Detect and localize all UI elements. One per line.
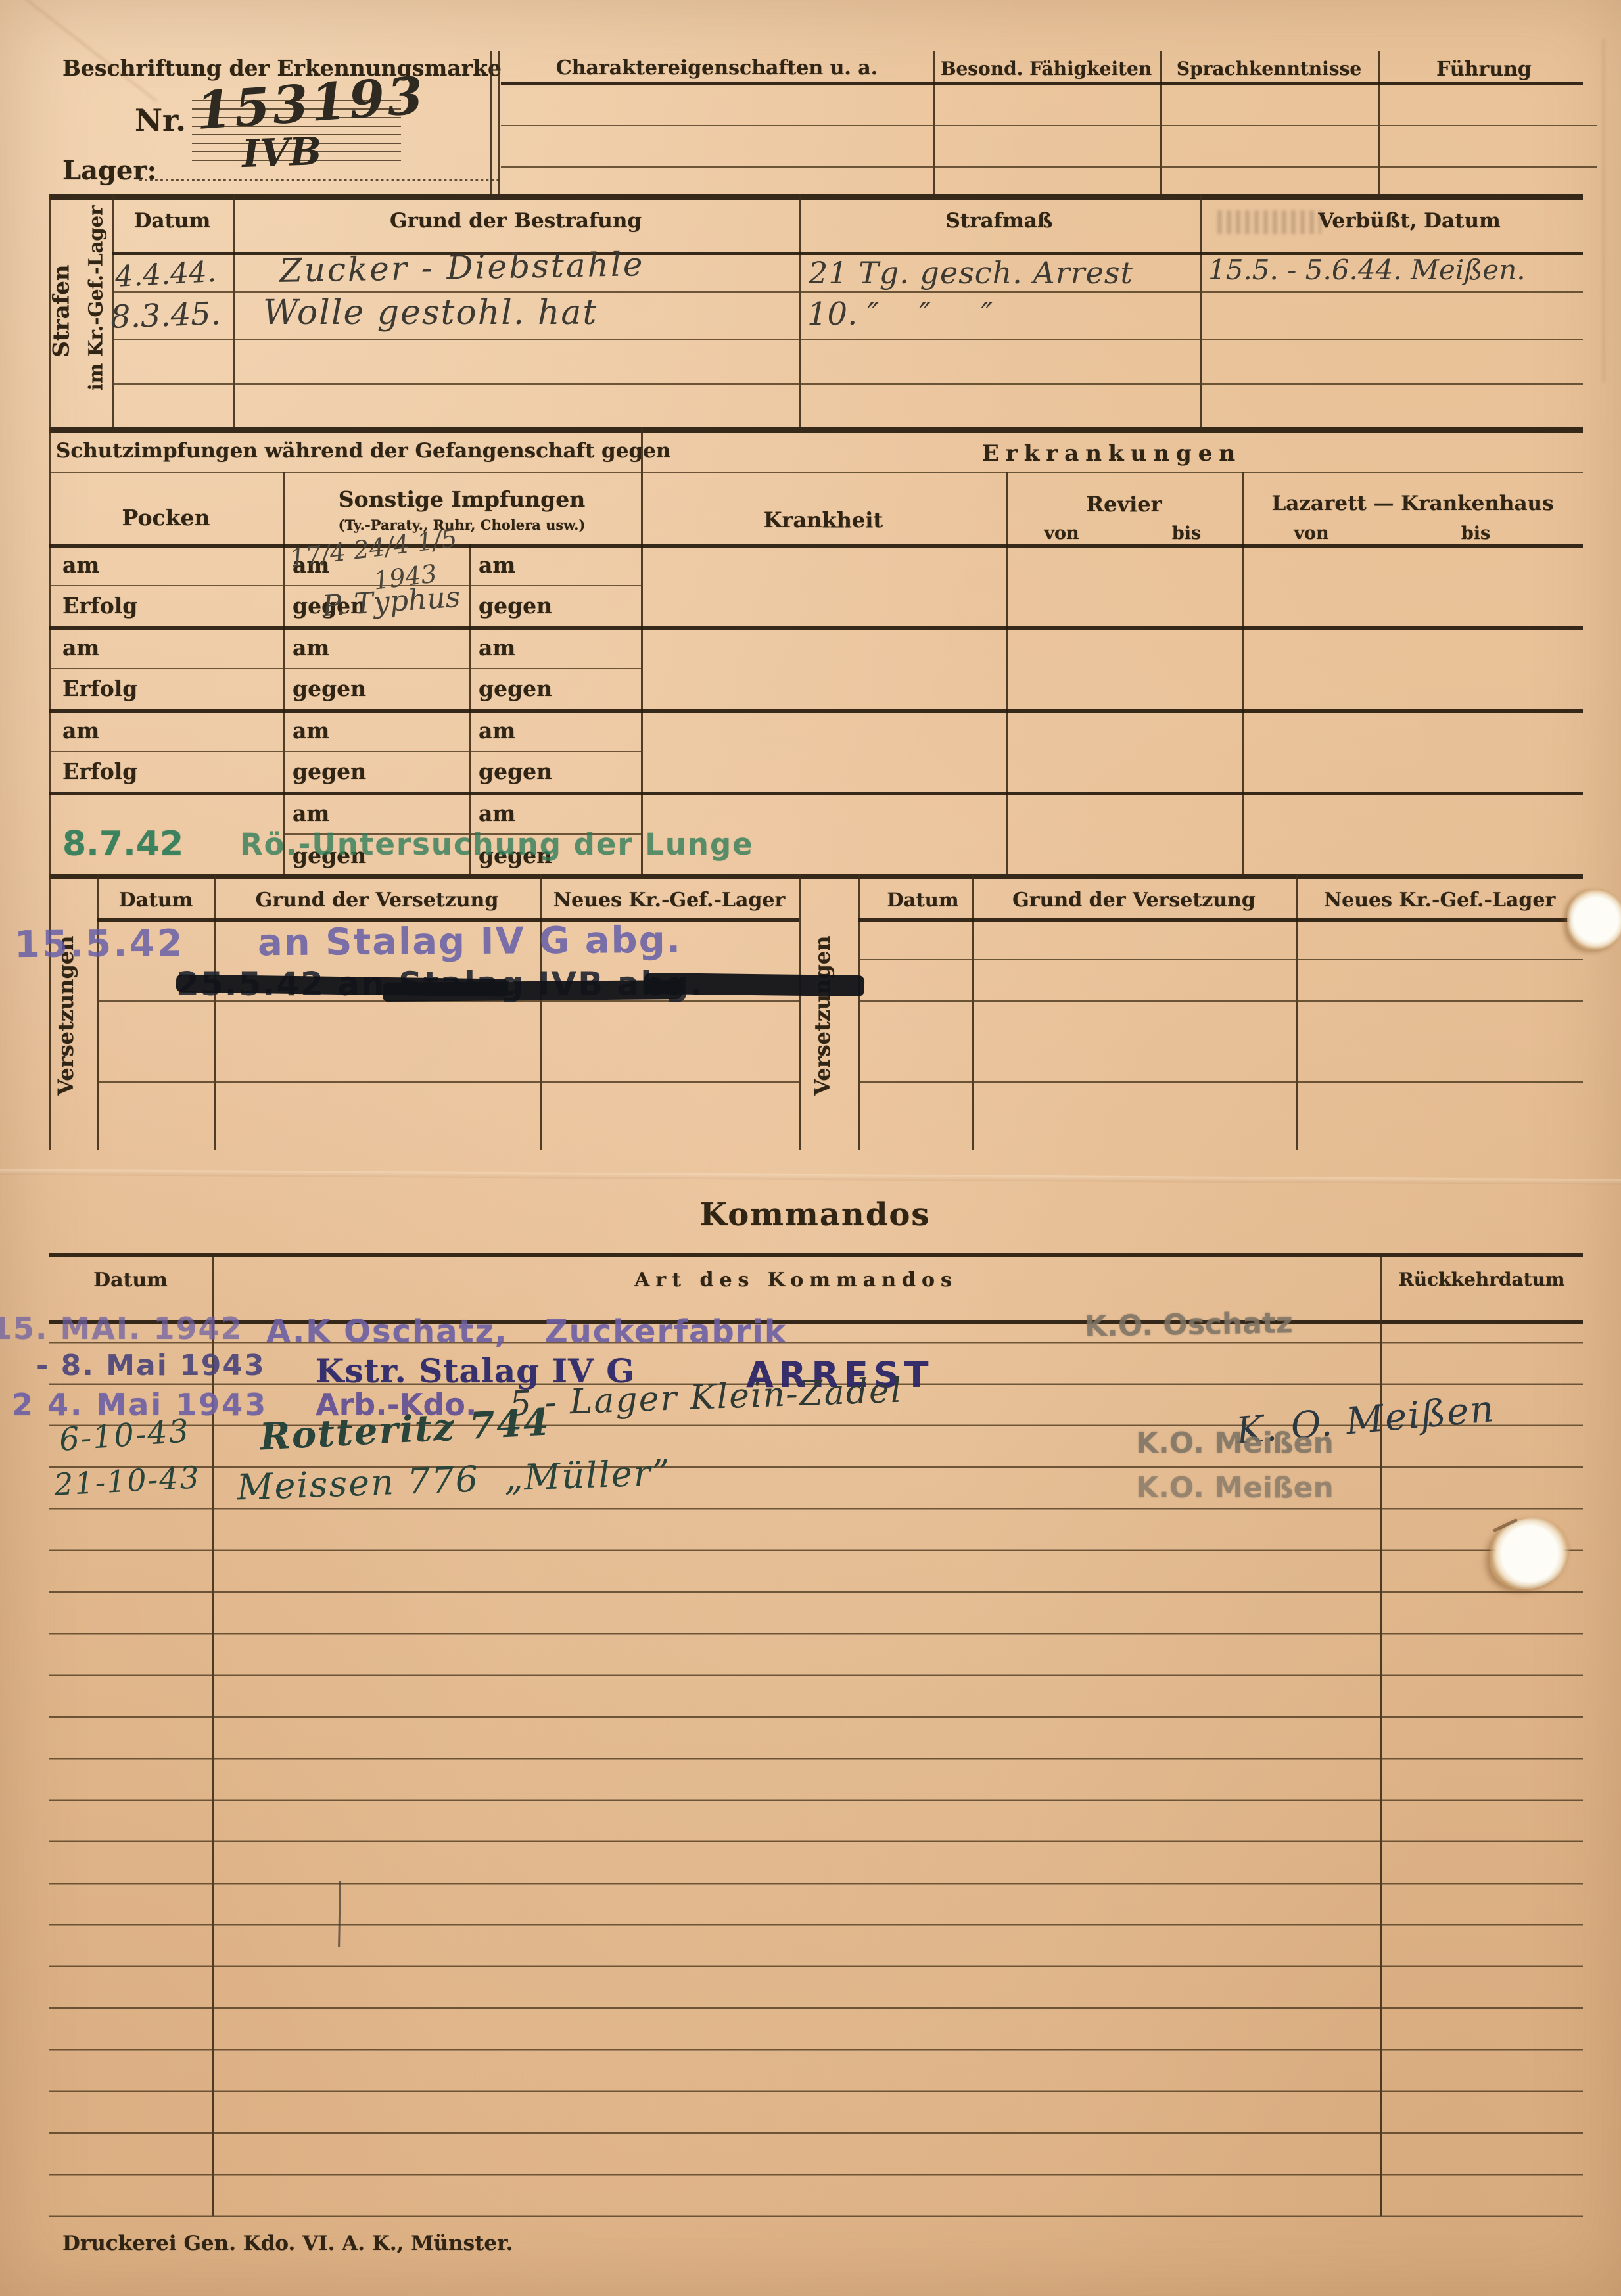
erkrankungen-title: Erkrankungen [641, 440, 1583, 467]
top-col-faehigkeiten: Besond. Fähigkeiten [936, 58, 1156, 80]
impf-label-am: am [479, 635, 515, 661]
impf-hand-gegen-entry: P. Typhus [321, 580, 461, 624]
kommando-row1-art-stamp: A.K Oschatz, Zuckerfabrik [266, 1313, 787, 1350]
impfungen-col-pocken: Pocken [49, 505, 283, 530]
versetzungen-right-col-grund: Grund der Versetzung [972, 889, 1296, 912]
impf-label-am: am [293, 718, 329, 743]
impf-label-gegen: gegen [479, 593, 552, 619]
grid-line [858, 1000, 1583, 1002]
grid-line [49, 1253, 1583, 1257]
impf-label-gegen: gegen [293, 676, 366, 701]
versetzungen-left-col-neues: Neues Kr.-Gef.-Lager [540, 889, 799, 912]
grid-line [498, 51, 500, 194]
grid-line [1006, 472, 1008, 874]
strafen-col-strafmass: Strafmaß [799, 209, 1200, 233]
strafen-side-label-line1: Strafen [49, 264, 75, 357]
impf-label-am: am [479, 718, 515, 743]
impf-label-am: am [62, 635, 99, 661]
hole-punch [1567, 889, 1621, 950]
grid-line [49, 585, 641, 586]
grid-line [49, 427, 1583, 433]
grid-line [858, 1081, 1583, 1083]
kommandos-col-datum: Datum [49, 1269, 212, 1292]
printer-footer: Druckerei Gen. Kdo. VI. A. K., Münster. [62, 2232, 513, 2255]
grid-line [49, 874, 51, 1150]
erkrankungen-revier-bis: bis [1140, 523, 1233, 544]
versetzungen-left-col-datum: Datum [97, 889, 214, 912]
strafen-row2-datum: 8.3.45. [110, 295, 222, 336]
grid-line [858, 874, 860, 1150]
nr-label: Nr. [135, 103, 186, 138]
impf-label-gegen: gegen [479, 676, 552, 701]
grid-line [933, 51, 935, 194]
erkrankungen-col-lazarett: Lazarett — Krankenhaus [1242, 492, 1583, 515]
grid-line [49, 709, 1583, 713]
grid-line [214, 874, 216, 1150]
grid-line [49, 544, 1583, 548]
strafen-side-label: Strafen im Kr.-Gef.-Lager [50, 195, 109, 428]
strafen-row2-grund: Wolle gestohl. hat [263, 293, 598, 333]
paper-crease [1, 0, 157, 102]
grid-line [112, 339, 1583, 340]
paper-crease [1603, 39, 1605, 381]
xray-stamp-text: Rö.-Untersuchung der Lunge [240, 827, 754, 862]
grid-line [49, 751, 641, 752]
erkrankungen-col-revier: Revier [1006, 492, 1242, 517]
top-col-charakter: Charaktereigenschaften u. a. [507, 57, 926, 80]
impf-label-am: am [293, 801, 329, 826]
grid-line [1160, 51, 1162, 194]
erkrankungen-lazarett-von: von [1265, 523, 1357, 544]
versetzungen-right-col-datum: Datum [874, 889, 972, 911]
kommandos-title: Kommandos [664, 1196, 966, 1233]
grid-line [490, 51, 492, 194]
grid-line [501, 82, 1583, 85]
kommando-row4-ko-stamp: K.O. Meißen [1136, 1426, 1334, 1460]
grid-line [1296, 874, 1298, 1150]
erkrankungen-lazarett-bis: bis [1430, 523, 1522, 544]
grid-line [641, 427, 643, 874]
grid-line [1200, 194, 1202, 427]
xray-stamp-date: 8.7.42 [62, 824, 183, 864]
kommandos-col-rueckkehrdatum: Rückkehrdatum [1380, 1269, 1583, 1290]
strike-through-mark [383, 980, 682, 1002]
impf-label-am: am [62, 552, 99, 578]
kommando-row2-datum-stamp: - 8. Mai 1943 [36, 1349, 266, 1382]
grid-line [112, 291, 1583, 293]
versetzung-stamp-date: 15.5.42 [14, 922, 185, 966]
versetzungen-left-col-grund: Grund der Versetzung [214, 889, 540, 912]
impf-label-erfolg: Erfolg [62, 593, 137, 619]
erkrankungen-revier-von: von [1016, 523, 1108, 544]
grid-line [97, 1081, 799, 1083]
erkrankungen-col-krankheit: Krankheit [641, 507, 1006, 532]
impf-label-erfolg: Erfolg [62, 759, 137, 784]
lager-value-handwritten: IVB [241, 129, 322, 176]
grid-line [501, 166, 1597, 168]
grid-line [49, 472, 1583, 473]
strafen-col-grund: Grund der Bestrafung [233, 209, 799, 233]
strafen-row1-verbuesst: 15.5. - 5.6.44. Meißen. [1208, 254, 1526, 286]
grid-line [1242, 472, 1244, 874]
impf-label-erfolg: Erfolg [62, 676, 137, 701]
grid-line [49, 668, 641, 669]
pow-record-card: Beschriftung der Erkennungsmarke Nr. 153… [0, 0, 1621, 2296]
strike-through-mark [644, 973, 864, 996]
grid-line [1378, 51, 1380, 194]
impf-label-am: am [293, 635, 329, 661]
impfungen-col-sonstige-sub: (Ty.-Paraty., Ruhr, Cholera usw.) [283, 517, 641, 533]
impf-label-gegen: gegen [479, 759, 552, 784]
top-col-fuehrung: Führung [1385, 58, 1583, 81]
kommando-row1-ko-stamp: K.O. Oschatz [1085, 1306, 1293, 1344]
grid-line [49, 194, 1583, 200]
strafen-row1-strafmass: 21 Tg. gesch. Arrest [809, 255, 1133, 291]
grid-line [97, 874, 99, 1150]
grid-line [112, 383, 1583, 385]
grid-line [972, 874, 974, 1150]
paper-crease [0, 1169, 1621, 1184]
kommandos-col-art: Art des Kommandos [212, 1269, 1380, 1292]
strafen-side-label-line2: im Kr.-Gef.-Lager [84, 206, 106, 391]
impfungen-col-sonstige: Sonstige Impfungen [283, 486, 641, 512]
grid-line [540, 874, 542, 1150]
kommando-row1-datum-stamp: 15. MAI. 1942 [0, 1311, 243, 1346]
strafen-col-datum: Datum [112, 209, 233, 233]
versetzungen-side-label-right: Versetzungen [810, 910, 849, 1121]
impf-label-am: am [479, 552, 515, 578]
grid-line [799, 874, 801, 1150]
impf-label-am: am [479, 801, 515, 826]
impf-label-am: am [62, 718, 99, 743]
strafen-row1-datum: 4.4.44. [114, 255, 217, 294]
grid-line [858, 918, 1583, 922]
faded-stamp-remnant [1217, 210, 1321, 234]
strafen-row1-grund: Zucker - Diebstahle [279, 245, 645, 290]
kommando-row5-ko-stamp: K.O. Meißen [1136, 1471, 1334, 1505]
impf-label-gegen: gegen [293, 759, 366, 784]
top-col-sprachkenntnisse: Sprachkenntnisse [1166, 58, 1372, 80]
impfungen-title: Schutzimpfungen während der Gefangenscha… [56, 439, 634, 463]
grid-line [49, 874, 1583, 879]
grid-line [49, 626, 1583, 630]
grid-line [858, 959, 1583, 960]
grid-line [49, 427, 51, 874]
grid-line [501, 125, 1597, 126]
grid-line [49, 792, 1583, 795]
versetzung-stamp-text: an Stalag IV G abg. [258, 919, 682, 965]
strafen-row2-strafmass: 10. ″ ″ ″ [807, 296, 993, 333]
versetzungen-right-col-neues: Neues Kr.-Gef.-Lager [1296, 889, 1583, 912]
lager-dotted-line [139, 179, 500, 181]
